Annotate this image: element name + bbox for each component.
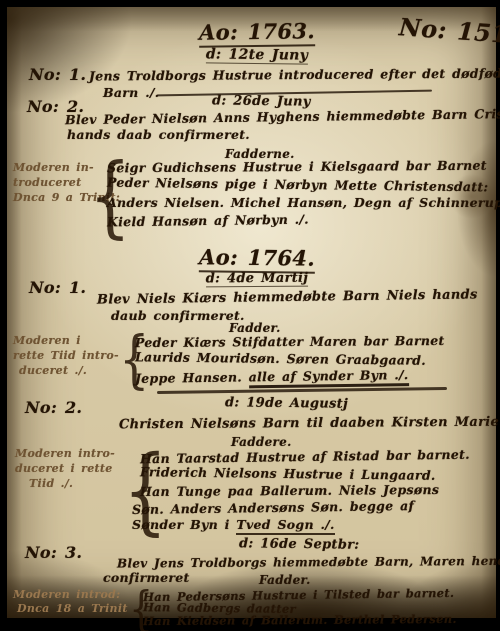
faddere-line-part: Sønder Byn i [132,517,230,532]
entry-date: d: 19de Augustj [225,396,348,412]
faddere-line: Seigr Gudichsens Hustrue i Kielsgaard ba… [107,159,487,176]
faddere-line: Jeppe Hansen. alle af Synder Byn ./. [135,368,409,386]
faddere-heading: Fadder. [259,574,311,588]
date-heading-1764-text: d: 4de Martij [206,271,309,288]
margin-note-line: Moderen i [13,335,81,348]
faddere-line: Peder Kiærs Stifdatter Maren bar Barnet [135,334,445,351]
entry-line: Barn ./. [103,86,159,100]
margin-note-line: Moderen introd: [13,589,120,602]
manuscript-photo: Ao: 1763. d: 12te Juny No: 151 No: 1. Je… [0,0,500,631]
year-heading-1764-text: Ao: 1764. [199,244,315,273]
flourish-underline [157,387,447,394]
faddere-line: Peder Nielsøns pige i Nørbyn Mette Chris… [107,176,489,195]
date-heading-1763: d: 12te Juny [187,46,327,64]
faddere-line-underlined: alle af Synder Byn ./. [249,367,409,388]
entry-line: Blev Niels Kiærs hiemmedøbte Barn Niels … [97,288,478,308]
manuscript-page: Ao: 1763. d: 12te Juny No: 151 No: 1. Je… [7,7,496,618]
faddere-line: Anders Nielsen. Michel Hansøn, Degn af S… [107,196,500,210]
faddere-line: Friderich Nielsons Hustrue i Lungaard. [140,465,436,483]
entry-number: No: 1. [29,66,86,84]
entry-number: No: 3. [25,544,82,562]
faddere-line: Han Kieldsen af Ballerum. Berthel Peders… [143,613,457,628]
faddere-line: Han Tunge paa Ballerum. Niels Jepsøns [140,483,439,499]
entry-date: d: 16de Septbr: [239,537,360,553]
margin-note-line: Moderen in- [13,162,94,175]
year-heading-1764: Ao: 1764. [177,245,337,271]
margin-note-line: duceret i rette [15,463,113,476]
date-heading-1763-text: d: 12te Juny [206,46,308,64]
faddere-line-underlined: Tved Sogn ./. [236,517,334,535]
entry-line: Blev Peder Nielsøn Anns Hyghens hiemmedø… [65,107,500,128]
faddere-line: Sønder Byn i Tved Sogn ./. [132,518,335,532]
entry-line: hands daab confirmeret. [67,128,250,142]
date-heading-1764: d: 4de Martij [187,272,327,288]
year-heading-1763-text: Ao: 1763. [199,18,315,48]
margin-note-line: Tiid ./. [29,478,73,491]
page-number: No: 151 [398,13,500,48]
faddere-line: Søn. Anders Andersøns Søn. begge af [132,499,414,517]
faddere-line: Kield Hansøn af Nørbyn ./. [107,213,309,230]
entry-line: daub confirmeret. [111,309,245,323]
faddere-line: Laurids Mouridsøn. Søren Graabgaard. [135,350,426,368]
entry-number: No: 1. [29,279,86,297]
entry-line: Christen Nielsøns Barn til daaben Kirste… [119,416,499,434]
faddere-line-part: Jeppe Hansen. [135,369,242,385]
year-heading-1763: Ao: 1763. [177,19,337,45]
margin-note-line: Dnca 18 a Trinit [17,603,128,616]
faddere-heading: Faddere. [231,436,292,450]
entry-number: No: 2. [25,399,82,417]
margin-note-line: troduceret [13,177,81,190]
margin-note-line: rette Tiid intro- [13,350,119,363]
margin-note-line: Moderen intro- [15,448,115,461]
entry-line: Blev Jens Troldborgs hiemmedøbte Barn, M… [117,554,500,571]
entry-line: Jens Troldborgs Hustrue introducered eft… [89,66,500,83]
margin-note-line: duceret ./. [19,365,87,378]
